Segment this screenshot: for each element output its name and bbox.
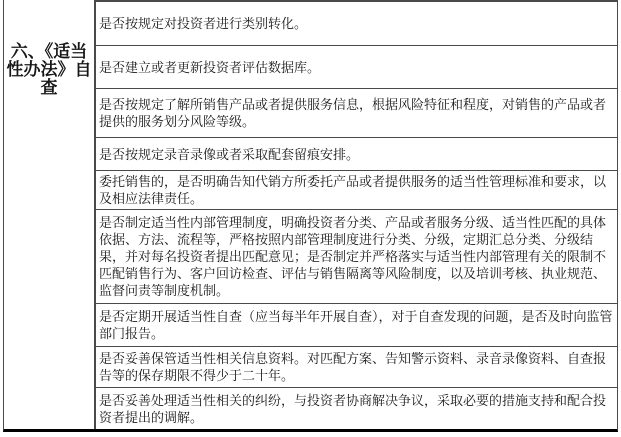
check-item-row: 是否妥善处理适当性相关的纠纷，与投资者协商解决争议，采取必要的措施支持和配合投资… bbox=[96, 388, 617, 429]
check-item-row: 是否按规定对投资者进行类别转化。 bbox=[96, 2, 617, 46]
check-item-text: 是否按规定对投资者进行类别转化。 bbox=[99, 15, 307, 32]
check-item-text: 是否按规定录音录像或者采取配套留痕安排。 bbox=[99, 146, 359, 163]
suitability-selfcheck-table: 六、《适当性办法》自查 是否按规定对投资者进行类别转化。是否建立或者更新投资者评… bbox=[3, 0, 618, 432]
check-items: 是否按规定对投资者进行类别转化。是否建立或者更新投资者评估数据库。是否按规定了解… bbox=[96, 0, 617, 429]
check-item-text: 是否定期开展适当性自查（应当每半年开展自查），对于自查发现的问题，是否及时向监管… bbox=[99, 308, 613, 342]
section-header-cell: 六、《适当性办法》自查 bbox=[4, 0, 96, 429]
check-item-text: 是否制定适当性内部管理制度，明确投资者分类、产品或者服务分级、适当性匹配的具体依… bbox=[99, 214, 613, 299]
check-item-row: 委托销售的，是否明确告知代销方所委托产品或者提供服务的适当性管理标准和要求，以及… bbox=[96, 171, 617, 210]
check-item-row: 是否妥善保管适当性相关信息资料。对匹配方案、告知警示资料、录音录像资料、自查报告… bbox=[96, 347, 617, 388]
check-item-text: 是否建立或者更新投资者评估数据库。 bbox=[99, 59, 320, 76]
check-item-row: 是否按规定了解所销售产品或者提供服务信息，根据风险特征和程度，对销售的产品或者提… bbox=[96, 89, 617, 138]
document-page: 六、《适当性办法》自查 是否按规定对投资者进行类别转化。是否建立或者更新投资者评… bbox=[0, 0, 621, 437]
check-item-row: 是否按规定录音录像或者采取配套留痕安排。 bbox=[96, 138, 617, 171]
check-item-text: 是否妥善保管适当性相关信息资料。对匹配方案、告知警示资料、录音录像资料、自查报告… bbox=[99, 350, 613, 384]
check-item-row: 是否制定适当性内部管理制度，明确投资者分类、产品或者服务分级、适当性匹配的具体依… bbox=[96, 210, 617, 304]
check-item-text: 委托销售的，是否明确告知代销方所委托产品或者提供服务的适当性管理标准和要求，以及… bbox=[99, 173, 613, 207]
check-item-row: 是否定期开展适当性自查（应当每半年开展自查），对于自查发现的问题，是否及时向监管… bbox=[96, 304, 617, 347]
check-item-row: 是否建立或者更新投资者评估数据库。 bbox=[96, 46, 617, 89]
check-item-text: 是否按规定了解所销售产品或者提供服务信息，根据风险特征和程度，对销售的产品或者提… bbox=[99, 96, 613, 130]
section-title: 六、《适当性办法》自查 bbox=[6, 43, 92, 97]
check-item-text: 是否妥善处理适当性相关的纠纷，与投资者协商解决争议，采取必要的措施支持和配合投资… bbox=[99, 392, 613, 426]
